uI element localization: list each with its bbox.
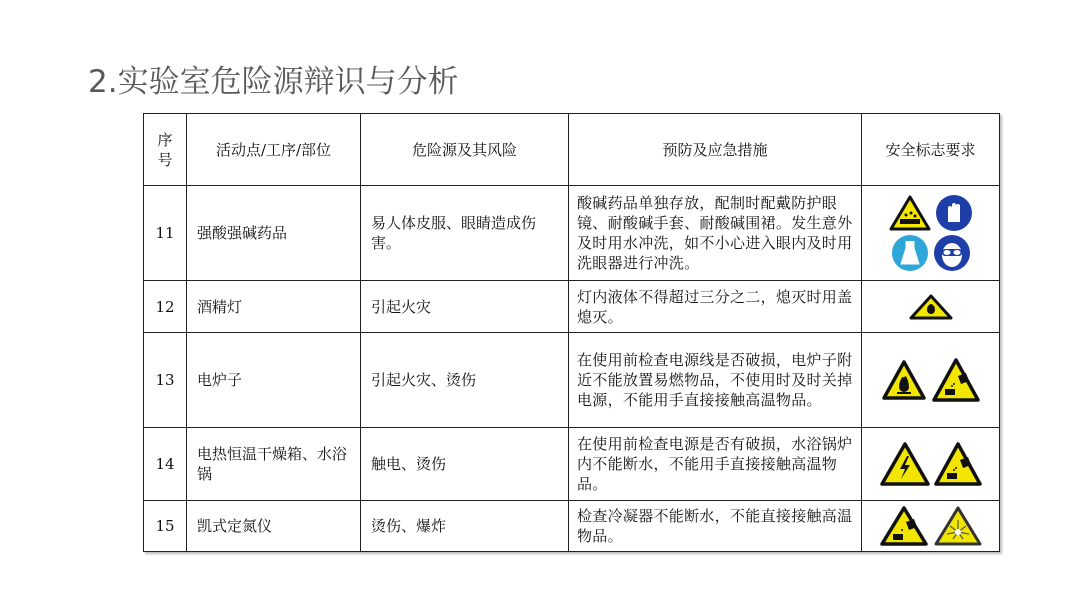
activity-cell: 凯式定氮仪 (187, 501, 361, 552)
row-number: 15 (144, 501, 187, 552)
header-signs: 安全标志要求 (862, 114, 1000, 186)
risk-cell: 触电、烫伤 (361, 428, 569, 501)
measures-cell: 在使用前检查电源线是否破损，电炉子附近不能放置易燃物品，不使用时及时关掉电源，不… (569, 333, 862, 428)
risk-cell: 引起火灾、烫伤 (361, 333, 569, 428)
table-row: 13 电炉子 引起火灾、烫伤 在使用前检查电源线是否破损，电炉子附近不能放置易燃… (144, 333, 1000, 428)
signs-cell (862, 428, 1000, 501)
risk-cell: 引起火灾 (361, 281, 569, 333)
header-no: 序号 (144, 114, 187, 186)
row-number: 13 (144, 333, 187, 428)
signs-cell (862, 281, 1000, 333)
header-activity: 活动点/工序/部位 (187, 114, 361, 186)
table-row: 14 电热恒温干燥箱、水浴锅 触电、烫伤 在使用前检查电源是否有破损，水浴锅炉内… (144, 428, 1000, 501)
wear-goggles-icon (933, 234, 971, 272)
hot-liquid-warning-icon (934, 442, 982, 486)
header-risk: 危险源及其风险 (361, 114, 569, 186)
measures-cell: 在使用前检查电源是否有破损，水浴锅炉内不能断水，不能用手直接接触高温物品。 (569, 428, 862, 501)
electric-shock-warning-icon (880, 442, 930, 486)
measures-cell: 检查冷凝器不能断水，不能直接接触高温物品。 (569, 501, 862, 552)
wear-gloves-icon (935, 194, 973, 232)
slide-title: 2.实验室危险源辩识与分析 (88, 62, 459, 102)
row-number: 14 (144, 428, 187, 501)
measures-cell: 酸碱药品单独存放，配制时配戴防护眼镜、耐酸碱手套、耐酸碱围裙。发生意外及时用水冲… (569, 186, 862, 281)
row-number: 12 (144, 281, 187, 333)
table-row: 12 酒精灯 引起火灾 灯内液体不得超过三分之二，熄灭时用盖熄灭。 (144, 281, 1000, 333)
measures-cell: 灯内液体不得超过三分之二，熄灭时用盖熄灭。 (569, 281, 862, 333)
activity-cell: 电热恒温干燥箱、水浴锅 (187, 428, 361, 501)
signs-cell (862, 501, 1000, 552)
table-row: 15 凯式定氮仪 烫伤、爆炸 检查冷凝器不能断水，不能直接接触高温物品。 (144, 501, 1000, 552)
activity-cell: 酒精灯 (187, 281, 361, 333)
explosive-warning-icon (934, 506, 982, 546)
signs-cell (862, 186, 1000, 281)
row-number: 11 (144, 186, 187, 281)
activity-cell: 电炉子 (187, 333, 361, 428)
hot-liquid-warning-icon (880, 506, 928, 546)
header-row: 序号 活动点/工序/部位 危险源及其风险 预防及应急措施 安全标志要求 (144, 114, 1000, 186)
risk-cell: 易人体皮服、眼睛造成伤害。 (361, 186, 569, 281)
signs-cell (862, 333, 1000, 428)
hazard-table: 序号 活动点/工序/部位 危险源及其风险 预防及应急措施 安全标志要求 11 强… (143, 113, 1000, 552)
hot-liquid-warning-icon (932, 358, 980, 402)
corrosive-warning-icon (889, 195, 931, 231)
activity-cell: 强酸强碱药品 (187, 186, 361, 281)
header-no-label: 序号 (157, 130, 173, 170)
header-measures: 预防及应急措施 (569, 114, 862, 186)
risk-cell: 烫伤、爆炸 (361, 501, 569, 552)
flammable-warning-icon (909, 294, 953, 320)
wear-apron-icon (891, 234, 929, 272)
flammable-warning-icon (882, 360, 926, 400)
table-row: 11 强酸强碱药品 易人体皮服、眼睛造成伤害。 酸碱药品单独存放，配制时配戴防护… (144, 186, 1000, 281)
